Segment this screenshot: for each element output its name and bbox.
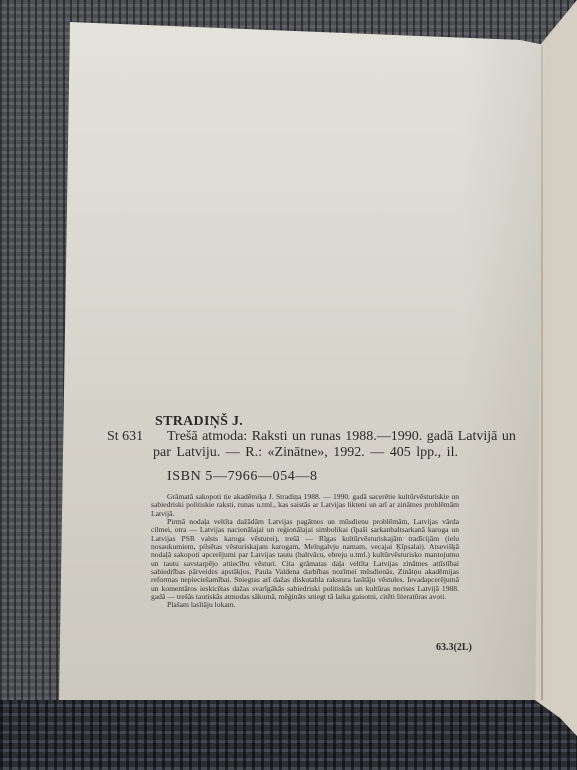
page-shading — [0, 0, 577, 770]
annotation-text: Grāmatā sakopoti tie akadēmiķa J. Stradi… — [151, 493, 459, 610]
annotation-paragraph-1: Grāmatā sakopoti tie akadēmiķa J. Stradi… — [151, 493, 459, 518]
classification-number: 63.3(2L) — [436, 642, 472, 653]
page-fold-line — [541, 45, 543, 700]
annotation-paragraph-2: Pirmā nodaļa veltīta dažādām Latvijas pa… — [151, 518, 459, 601]
isbn: ISBN 5—7966—054—8 — [167, 469, 318, 485]
title-line-1: Trešā atmoda: Raksti un runas 1988.—1990… — [167, 429, 516, 445]
call-number: St 631 — [107, 429, 143, 445]
annotation-paragraph-3: Plašam lasītāju lokam. — [151, 601, 459, 609]
fabric-background-lower — [0, 700, 577, 770]
author-heading: STRADIŅŠ J. — [155, 414, 243, 430]
title-line-2: par Latviju. — R.: «Zinātne», 1992. — 40… — [153, 445, 458, 461]
